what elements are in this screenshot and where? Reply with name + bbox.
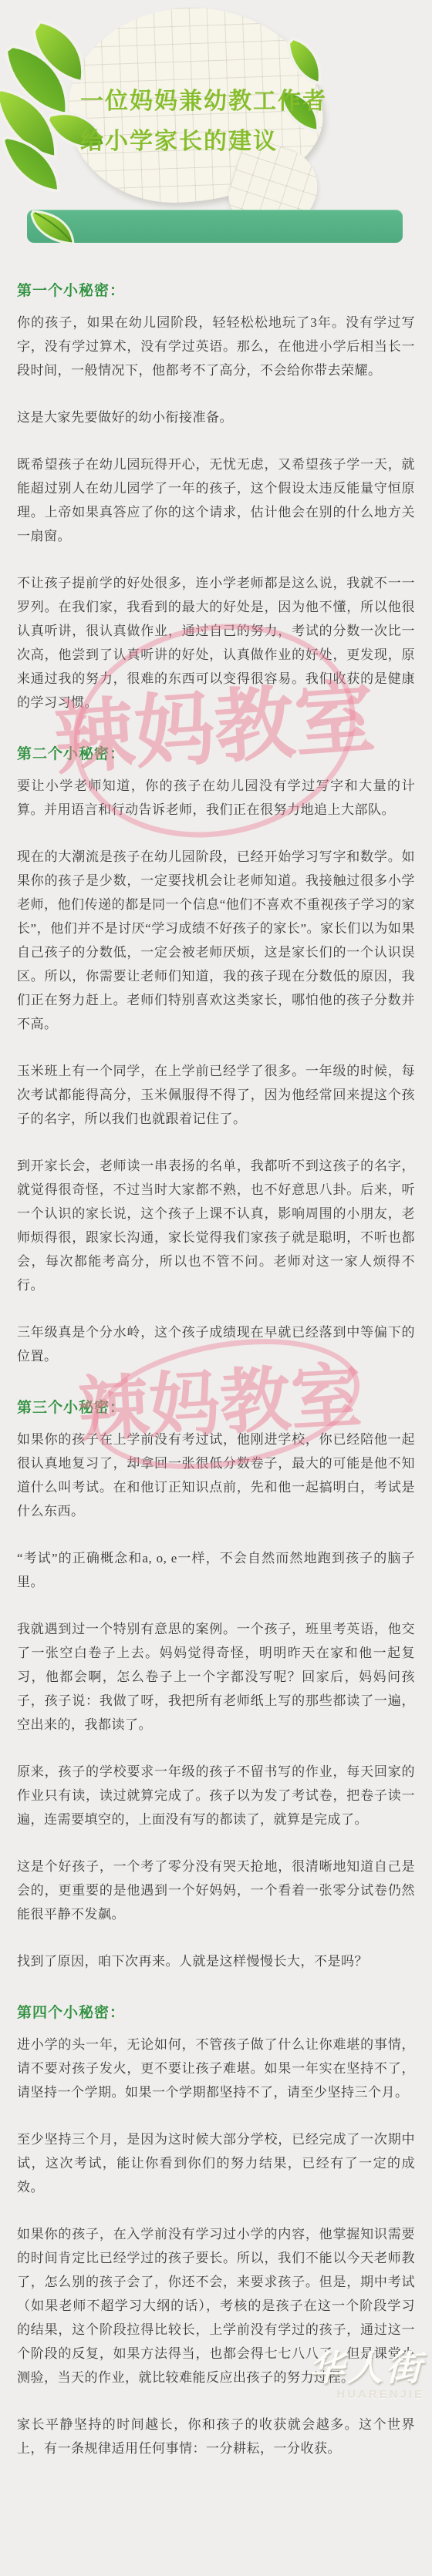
article-title-line1: 一位妈妈兼幼教工作者 [80, 82, 327, 122]
article-title-line2: 给小学家长的建议 [80, 122, 327, 162]
huarenjie-logo: 华人街 HUARENJIE [309, 2340, 424, 2401]
paragraph: 既希望孩子在幼儿园玩得开心，无忧无虑，又希望孩子学一天，就能超过别人在幼儿园学了… [17, 452, 415, 548]
section-heading-2: 第二个小秘密： [17, 742, 415, 763]
paragraph: 找到了原因，咱下次再来。人就是这样慢慢长大，不是吗？ [17, 1949, 415, 1973]
paragraph: 原来，孩子的学校要求一年级的孩子不留书写的作业，每天回家的作业只有读，读过就算完… [17, 1760, 415, 1831]
paragraph: 这是个好孩子，一个考了零分没有哭天抢地，很清晰地知道自己是会的，更重要的是他遇到… [17, 1855, 415, 1926]
paragraph: 这是大家先要做好的幼小衔接准备。 [17, 405, 415, 429]
paragraph: 你的孩子，如果在幼儿园阶段，轻轻松松地玩了3年。没有学过写字，没有学过算术，没有… [17, 311, 415, 382]
paragraph: 家长平静坚持的时间越长，你和孩子的收获就会越多。这个世界上，有一条规律适用任何事… [17, 2413, 415, 2460]
paragraph: 进小学的头一年，无论如何，不管孩子做了什么让你难堪的事情，请不要对孩子发火，更不… [17, 2033, 415, 2104]
section-heading-4: 第四个小秘密： [17, 2001, 415, 2022]
paragraph: 我就遇到过一个特别有意思的案例。一个孩子，班里考英语，他交了一张空白卷子上去。妈… [17, 1617, 415, 1737]
article-title: 一位妈妈兼幼教工作者 给小学家长的建议 [80, 82, 327, 162]
paragraph: 如果你的孩子在上学前没有考过试，他刚进学校，你已经陪他一起很认真地复习了，却拿回… [17, 1428, 415, 1523]
section-heading-3: 第三个小秘密： [17, 1396, 415, 1417]
article-header: 一位妈妈兼幼教工作者 给小学家长的建议 [0, 0, 432, 254]
paragraph: “考试”的正确概念和a, o, e一样，不会自然而然地跑到孩子的脑子里。 [17, 1546, 415, 1594]
paragraph: 现在的大潮流是孩子在幼儿园阶段，已经开始学习写字和数学。如果你的孩子是少数，一定… [17, 845, 415, 1036]
section-heading-1: 第一个小秘密： [17, 279, 415, 300]
banner-leaf-icon [29, 207, 78, 247]
paragraph: 不让孩子提前学的好处很多，连小学老师都是这么说，我就不一一罗列。在我们家，我看到… [17, 571, 415, 715]
article-page: 一位妈妈兼幼教工作者 给小学家长的建议 第一个小秘密：你的孩子，如果在幼儿园阶段… [0, 0, 432, 2576]
paragraph: 玉米班上有一个同学，在上学前已经学了很多。一年级的时候，每次考试都能得高分，玉米… [17, 1059, 415, 1131]
green-banner [27, 210, 403, 243]
article-body: 第一个小秘密：你的孩子，如果在幼儿园阶段，轻轻松松地玩了3年。没有学过写字，没有… [0, 254, 432, 2576]
paragraph: 到开家长会，老师读一串表扬的名单，我都听不到这孩子的名字，就觉得很奇怪，不过当时… [17, 1154, 415, 1297]
paragraph: 要让小学老师知道，你的孩子在幼儿园没有学过写字和大量的计算。并用语言和行动告诉老… [17, 774, 415, 822]
paragraph: 至少坚持三个月，是因为这时候大部分学校，已经完成了一次期中试，这次考试，能让你看… [17, 2127, 415, 2199]
paragraph: 三年级真是个分水岭，这个孩子成绩现在早就已经落到中等偏下的位置。 [17, 1320, 415, 1368]
huarenjie-logo-chinese: 华人街 [309, 2340, 424, 2391]
